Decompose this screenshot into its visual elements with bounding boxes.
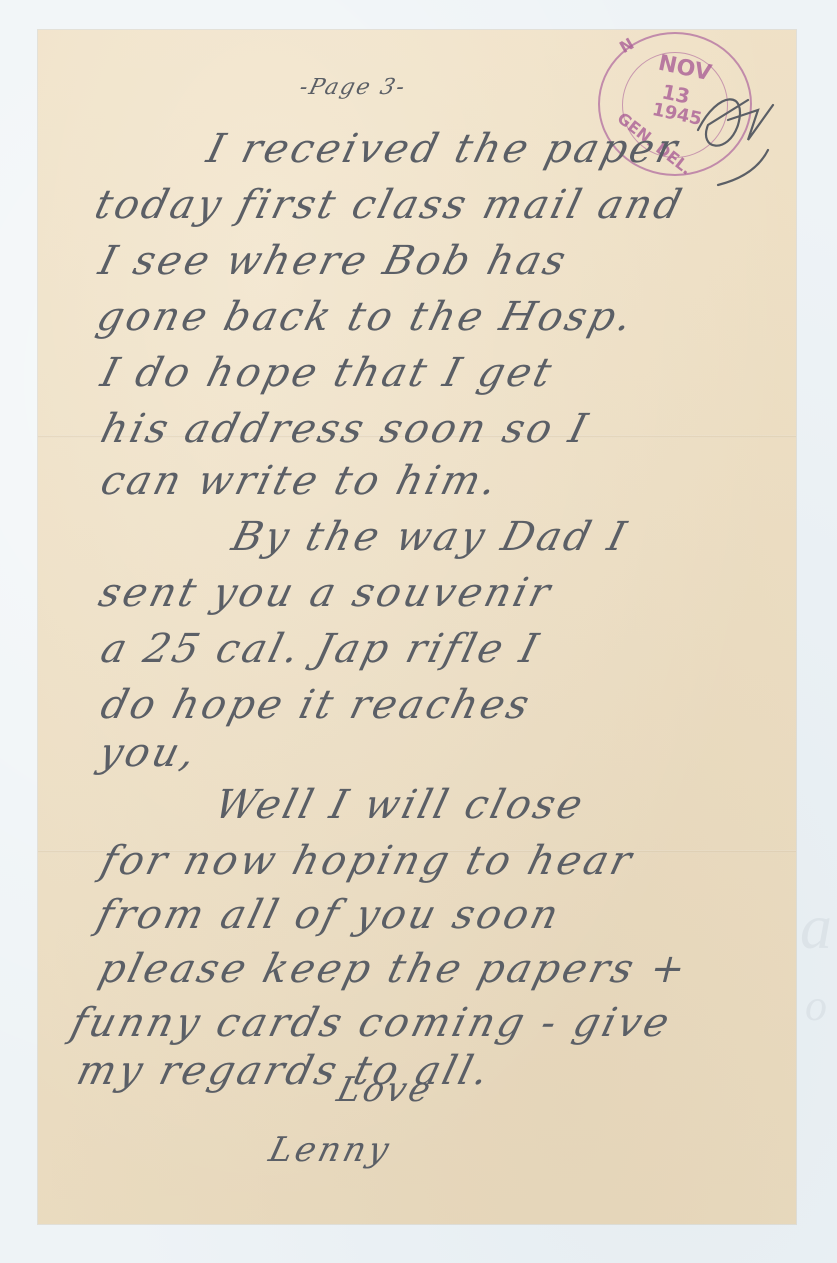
letter-line: today first class mail and [90,182,689,228]
letter-line: do hope it reaches [96,682,536,728]
letter-line: his address soon so I [96,406,594,452]
letter-page: N NOV 13 1945 GEN. DEL. -Page 3- I recei… [38,30,796,1224]
letter-line: you, [94,730,203,776]
censor-initial-scribble [678,70,788,190]
letter-line: can write to him. [96,458,504,504]
letter-line: I see where Bob has [94,238,573,284]
page-header: -Page 3- [297,75,409,100]
postmark-top-text: N [616,34,637,57]
letter-line: for now hoping to hear [96,838,639,884]
letter-closing: Love [333,1070,437,1110]
letter-line: a 25 cal. Jap rifle I [96,626,545,672]
bleed-through-mark: a [800,890,832,964]
letter-line: By the way Dad I [227,514,633,560]
letter-signature: Lenny [265,1130,396,1170]
letter-line: from all of you soon [92,892,565,938]
bleed-through-mark: o [805,980,827,1031]
letter-line: I received the paper [202,126,684,172]
letter-line: gone back to the Hosp. [92,294,639,340]
letter-line: Well I will close [210,782,590,828]
letter-line: please keep the papers + [94,946,693,992]
letter-line: I do hope that I get [96,350,559,396]
letter-line: sent you a souvenir [94,570,557,616]
letter-line: funny cards coming - give [66,1000,676,1046]
